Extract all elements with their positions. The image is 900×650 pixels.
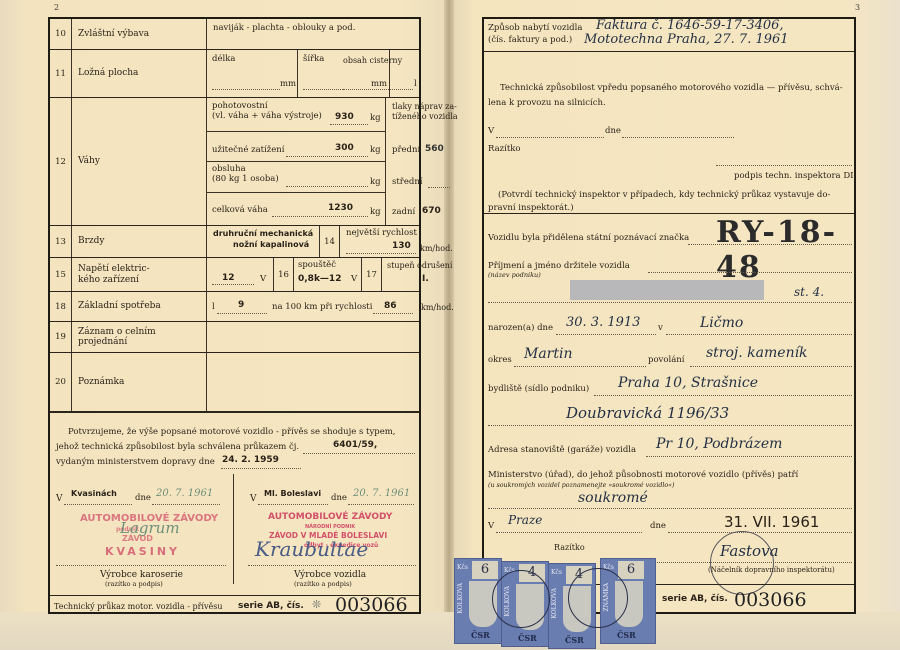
payload-value: 300 <box>335 143 354 153</box>
row-label: Ložná plocha <box>72 50 207 97</box>
row-label: Váhy <box>72 98 207 225</box>
garage-value: Pr 10, Podbrázem <box>656 436 782 452</box>
page-number-left: 2 <box>54 3 59 12</box>
occupation-label: povolání <box>648 356 684 366</box>
born-in-label: v <box>658 324 663 334</box>
approval-text: lena k provozu na silnicích. <box>488 99 606 109</box>
row-number: 10 <box>50 19 72 49</box>
place-prefix: V <box>56 494 63 504</box>
vehicle-maker-stamp: AUTOMOBILOVÉ ZÁVODY <box>268 512 392 522</box>
width-label: šířka <box>303 55 324 65</box>
starter-value: 0,8k—12 <box>298 274 341 284</box>
vehicle-maker-stamp: NÁRODNÍ PODNIK <box>305 524 355 530</box>
crew-sub: (80 kg 1 osoba) <box>212 175 279 185</box>
ministry-sub: (u soukromých vozidel poznamenejte »souk… <box>488 482 674 489</box>
chief-signature: Fastova <box>720 542 779 560</box>
redacted-name <box>570 280 764 300</box>
consumption-value: 9 <box>238 300 244 310</box>
total-weight-label: celková váha <box>212 206 268 216</box>
max-speed-value: 130 <box>392 241 411 251</box>
vehicle-maker-place: Ml. Boleslavi <box>264 489 321 498</box>
row-number: 17 <box>362 258 382 291</box>
row-weights: 12 Váhy pohotovostní (vl. váha + váha vý… <box>50 98 419 226</box>
vehicle-spec-table: 10 Zvláštní výbava naviják - plachta - o… <box>48 17 421 614</box>
stamp-label: Razítko <box>554 543 585 552</box>
stamp-label: Razítko <box>488 145 521 155</box>
born-place: Ličmo <box>700 315 743 331</box>
row-number: 18 <box>50 292 72 321</box>
footer-serie: serie AB, čís. <box>662 594 728 604</box>
front-axle-label: přední <box>392 146 420 156</box>
consumption-speed: 86 <box>384 301 397 311</box>
born-label: narozen(a) dne <box>488 324 553 334</box>
footer-serie: serie AB, čís. <box>238 601 304 611</box>
row-number: 13 <box>50 226 72 257</box>
starter-unit: V <box>351 275 357 285</box>
row-number: 16 <box>274 258 294 291</box>
confirmation-text: vydaným ministerstvem dopravy dne <box>56 458 215 468</box>
residence-label: bydliště (sídlo podniku) <box>488 385 589 395</box>
payload-label: užitečné zatížení <box>212 146 284 156</box>
place-prefix: V <box>250 494 257 504</box>
approval-note: pravní inspektorát.) <box>488 204 574 214</box>
kg-unit: kg <box>370 178 381 188</box>
issue-place: Praze <box>508 513 542 527</box>
vehicle-maker-date: 20. 7. 1961 <box>353 488 410 499</box>
row-electrical: 15 Napětí elektric- kého zařízení 16 17 … <box>50 258 419 292</box>
born-date: 30. 3. 1913 <box>566 315 640 330</box>
special-equipment-value: naviják - plachta - oblouky a pod. <box>213 24 355 34</box>
length-label: délka <box>212 55 235 65</box>
confirmation-text: jehož technická způsobilost byla schvále… <box>56 443 299 453</box>
body-maker-date: 20. 7. 1961 <box>156 488 213 499</box>
row-label: projednání <box>78 337 127 347</box>
consumption-text: na 100 km při rychlosti <box>272 303 372 313</box>
axle-header: tlaky náprav za- <box>392 102 457 111</box>
date-prefix: dne <box>135 494 151 504</box>
kg-unit: kg <box>370 146 381 156</box>
ready-weight-value: 930 <box>335 112 354 122</box>
row-acquisition: Způsob nabytí vozidla (čís. faktury a po… <box>484 19 854 52</box>
invoice-value: Faktura č. 1646-59-17-3406, <box>596 18 784 33</box>
row-special-equipment: 10 Zvláštní výbava naviják - plachta - o… <box>50 19 419 50</box>
confirmation-text: Potvrzujeme, že výše popsané motorové vo… <box>68 428 396 438</box>
row-number: 14 <box>320 226 340 257</box>
serial-number: 003066 <box>734 589 807 611</box>
vehicle-maker-signature: Kraubultae <box>255 537 368 561</box>
date-prefix: dne <box>605 127 621 137</box>
license-plate: RY-18-48 <box>716 215 854 285</box>
chief-caption: (Náčelník dopravního inspektorátu) <box>708 566 835 574</box>
row-consumption: 18 Základní spotřeba l 9 na 100 km při r… <box>50 292 419 322</box>
kg-unit: kg <box>370 114 381 124</box>
occupation-value: stroj. kameník <box>706 345 808 361</box>
approval-note: (Potvrdí technický inspektor v případech… <box>498 191 830 201</box>
rear-axle-label: zadní <box>392 208 415 218</box>
row-note: 20 Poznámka <box>50 353 419 413</box>
voltage-unit: V <box>260 275 266 285</box>
kg-unit: kg <box>370 208 381 218</box>
row-number: 20 <box>50 353 72 411</box>
consumption-unit: km/hod. <box>421 303 454 312</box>
row-number: 11 <box>50 50 72 97</box>
page-bottom-edge <box>0 612 900 650</box>
total-weight-value: 1230 <box>328 203 353 213</box>
row-number: 19 <box>50 322 72 352</box>
speed-unit: km/hod. <box>420 244 453 253</box>
front-axle-value: 560 <box>425 144 444 154</box>
body-maker-place: Kvasinách <box>71 489 117 498</box>
body-maker-caption: Výrobce karoserie <box>100 570 183 580</box>
max-speed-label: největší rychlost <box>346 229 417 239</box>
fee-stamp-value: 6 <box>472 561 498 579</box>
acquisition-label: Způsob nabytí vozidla <box>488 24 582 34</box>
footer-text: Technický průkaz motor. vozidla - přívěs… <box>54 602 222 611</box>
ornament-icon: ❊ <box>312 599 321 612</box>
consumption-prefix: l <box>212 303 215 313</box>
voltage-value: 12 <box>222 273 235 283</box>
approval-date: 24. 2. 1959 <box>222 455 279 465</box>
vehicle-maker-caption-sub: (razítko a podpis) <box>294 581 352 588</box>
vehicle-maker-caption: Výrobce vozidla <box>294 570 366 580</box>
ministry-label: Ministerstvo (úřad), do jehož působnosti… <box>488 471 798 481</box>
place-prefix: V <box>488 127 494 137</box>
body-maker-signature: Lagrum <box>120 519 180 537</box>
residence-street: Doubravická 1196/33 <box>566 404 729 422</box>
cancellation-stamp <box>492 570 550 628</box>
tank-volume-unit: l <box>414 80 417 90</box>
row-number: 15 <box>50 258 72 291</box>
row-label: Záznam o celním <box>78 327 156 337</box>
holder-suffix: st. 4. <box>794 285 824 299</box>
approval-text: Technická způsobilost vpředu popsaného m… <box>500 84 843 94</box>
district-value: Martin <box>524 346 573 362</box>
inspector-signature-caption: podpis techn. inspektora DI <box>734 172 854 182</box>
row-label: Poznámka <box>72 353 207 411</box>
registration-form: Způsob nabytí vozidla (čís. faktury a po… <box>482 17 856 614</box>
place-prefix: V <box>488 522 494 532</box>
ministry-value: soukromé <box>578 490 648 506</box>
brakes-value: druhruční mechanická <box>213 229 313 238</box>
axle-header: tíženého vozidla <box>392 112 458 121</box>
approval-number: 6401/59, <box>333 440 377 450</box>
page-number-right: 3 <box>855 3 860 12</box>
section-technical-approval: Technická způsobilost vpředu popsaného m… <box>484 52 854 214</box>
ready-weight-sub: (vl. váha + váha výstroje) <box>212 112 322 122</box>
row-customs: 19 Záznam o celním projednání <box>50 322 419 353</box>
tank-volume-label: obsah cisterny <box>343 56 402 65</box>
interference-label: stupeň odrušení <box>387 261 453 270</box>
acquisition-label: (čís. faktury a pod.) <box>488 36 572 46</box>
plate-label: Vozidlu byla přidělena státní poznávací … <box>488 234 689 244</box>
body-maker-caption-sub: (razítko a podpis) <box>105 581 163 588</box>
starter-label: spouštěč <box>298 261 336 271</box>
length-unit: mm <box>280 80 296 90</box>
interference-value: I. <box>422 274 429 284</box>
date-prefix: dne <box>650 522 666 532</box>
brakes-value: nožní kapalinová <box>233 240 309 249</box>
serial-number: 003066 <box>335 594 408 616</box>
cancellation-stamp <box>568 568 628 628</box>
book-spine <box>444 0 454 650</box>
dealer-value: Mototechna Praha, 27. 7. 1961 <box>584 32 789 47</box>
inspectorate-stamp <box>710 531 774 595</box>
fee-stamp-value: 6 <box>618 561 644 579</box>
middle-axle-label: střední <box>392 178 423 188</box>
garage-label: Adresa stanoviště (garáže) vozidla <box>488 446 636 456</box>
row-label: kého zařízení <box>78 275 139 285</box>
row-label: Zvláštní výbava <box>72 19 207 49</box>
body-maker-stamp: KVASINY <box>105 545 180 558</box>
row-number: 12 <box>50 98 72 225</box>
row-brakes-speed: 13 Brzdy 14 druhruční mechanická nožní k… <box>50 226 419 258</box>
row-label: Napětí elektric- <box>78 264 150 274</box>
holder-sub: (název podniku) <box>488 272 541 279</box>
date-prefix: dne <box>331 494 347 504</box>
row-label: Základní spotřeba <box>72 292 207 321</box>
row-cargo-area: 11 Ložná plocha délka mm šířka mm obsah … <box>50 50 419 98</box>
row-label: Brzdy <box>72 226 207 257</box>
rear-axle-value: 670 <box>422 206 441 216</box>
district-label: okres <box>488 356 512 366</box>
issue-date: 31. VII. 1961 <box>724 514 819 531</box>
residence-value: Praha 10, Strašnice <box>618 375 758 391</box>
